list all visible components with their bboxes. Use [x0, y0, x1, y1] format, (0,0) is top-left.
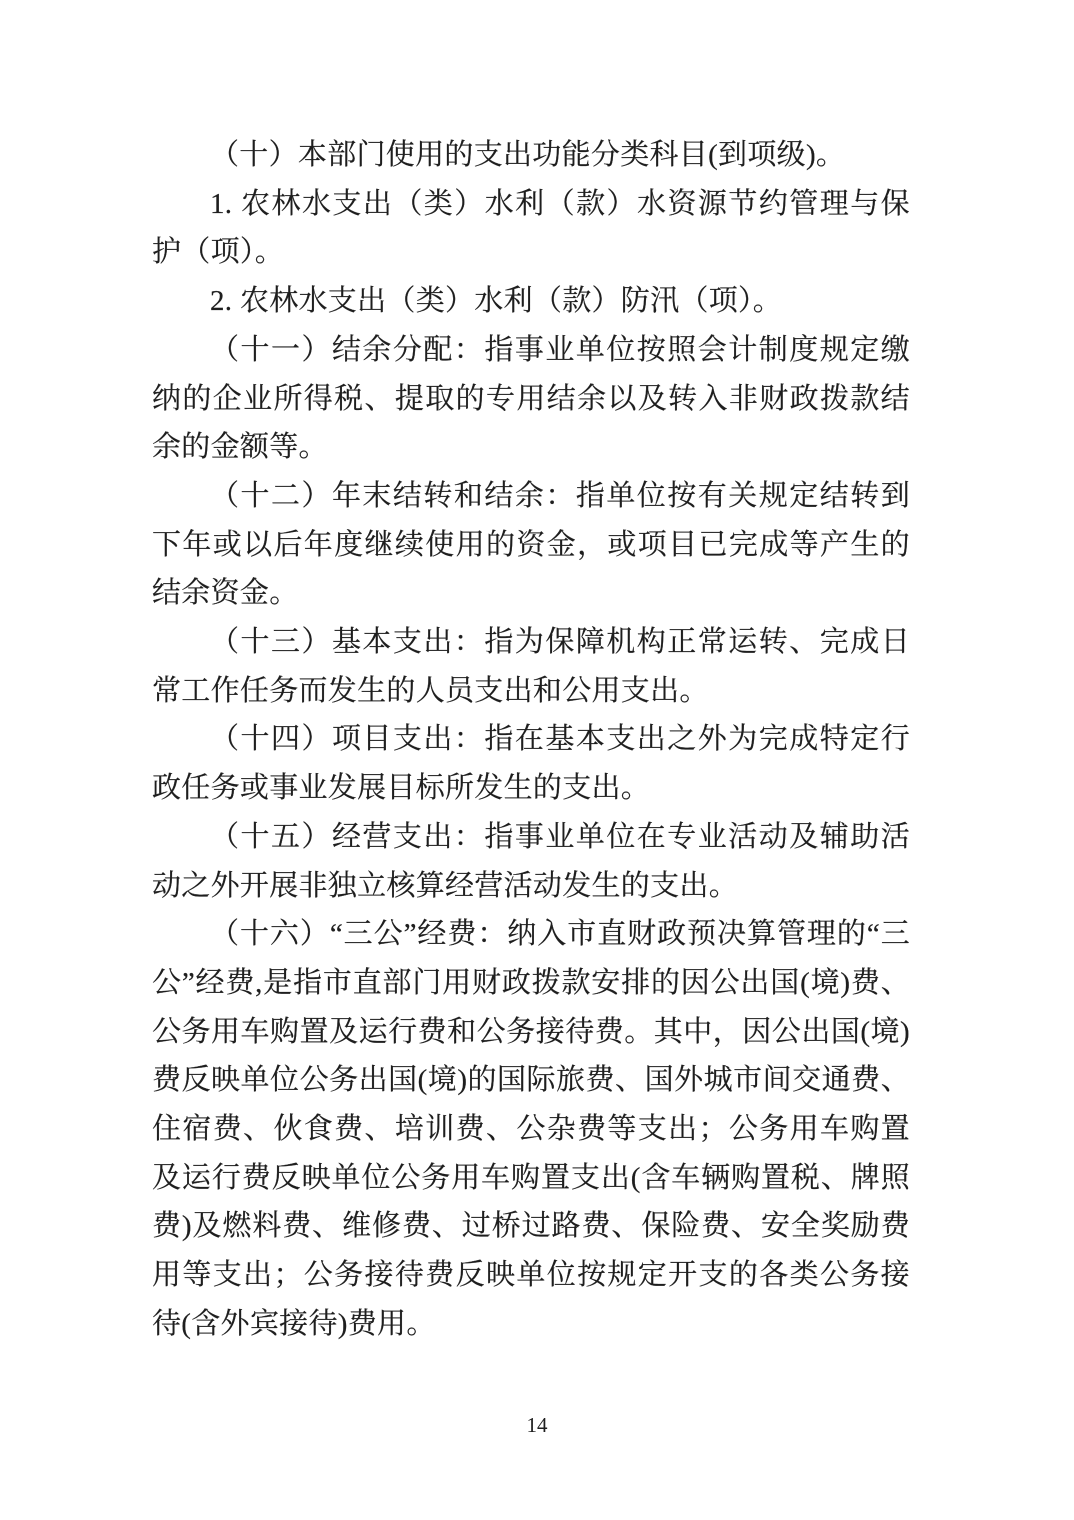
page-number: 14 — [0, 1413, 1074, 1438]
paragraph-subitem-1: 1. 农林水支出（类）水利（款）水资源节约管理与保护（项）。 — [152, 180, 910, 277]
paragraph-item-16: （十六）“三公”经费：纳入市直财政预决算管理的“三公”经费,是指市直部门用财政拨… — [152, 910, 910, 1348]
paragraph-item-11: （十一）结余分配：指事业单位按照会计制度规定缴纳的企业所得税、提取的专用结余以及… — [152, 326, 910, 472]
paragraph-item-10: （十）本部门使用的支出功能分类科目(到项级)。 — [152, 131, 910, 180]
paragraph-item-12: （十二）年末结转和结余：指单位按有关规定结转到下年或以后年度继续使用的资金，或项… — [152, 472, 910, 618]
paragraph-subitem-2: 2. 农林水支出（类）水利（款）防汛（项）。 — [152, 277, 910, 326]
paragraph-item-15: （十五）经营支出：指事业单位在专业活动及辅助活动之外开展非独立核算经营活动发生的… — [152, 813, 910, 910]
paragraph-item-13: （十三）基本支出：指为保障机构正常运转、完成日常工作任务而发生的人员支出和公用支… — [152, 618, 910, 715]
paragraph-item-14: （十四）项目支出：指在基本支出之外为完成特定行政任务或事业发展目标所发生的支出。 — [152, 715, 910, 812]
document-page: （十）本部门使用的支出功能分类科目(到项级)。 1. 农林水支出（类）水利（款）… — [0, 0, 1074, 1520]
page-content: （十）本部门使用的支出功能分类科目(到项级)。 1. 农林水支出（类）水利（款）… — [152, 131, 910, 1349]
